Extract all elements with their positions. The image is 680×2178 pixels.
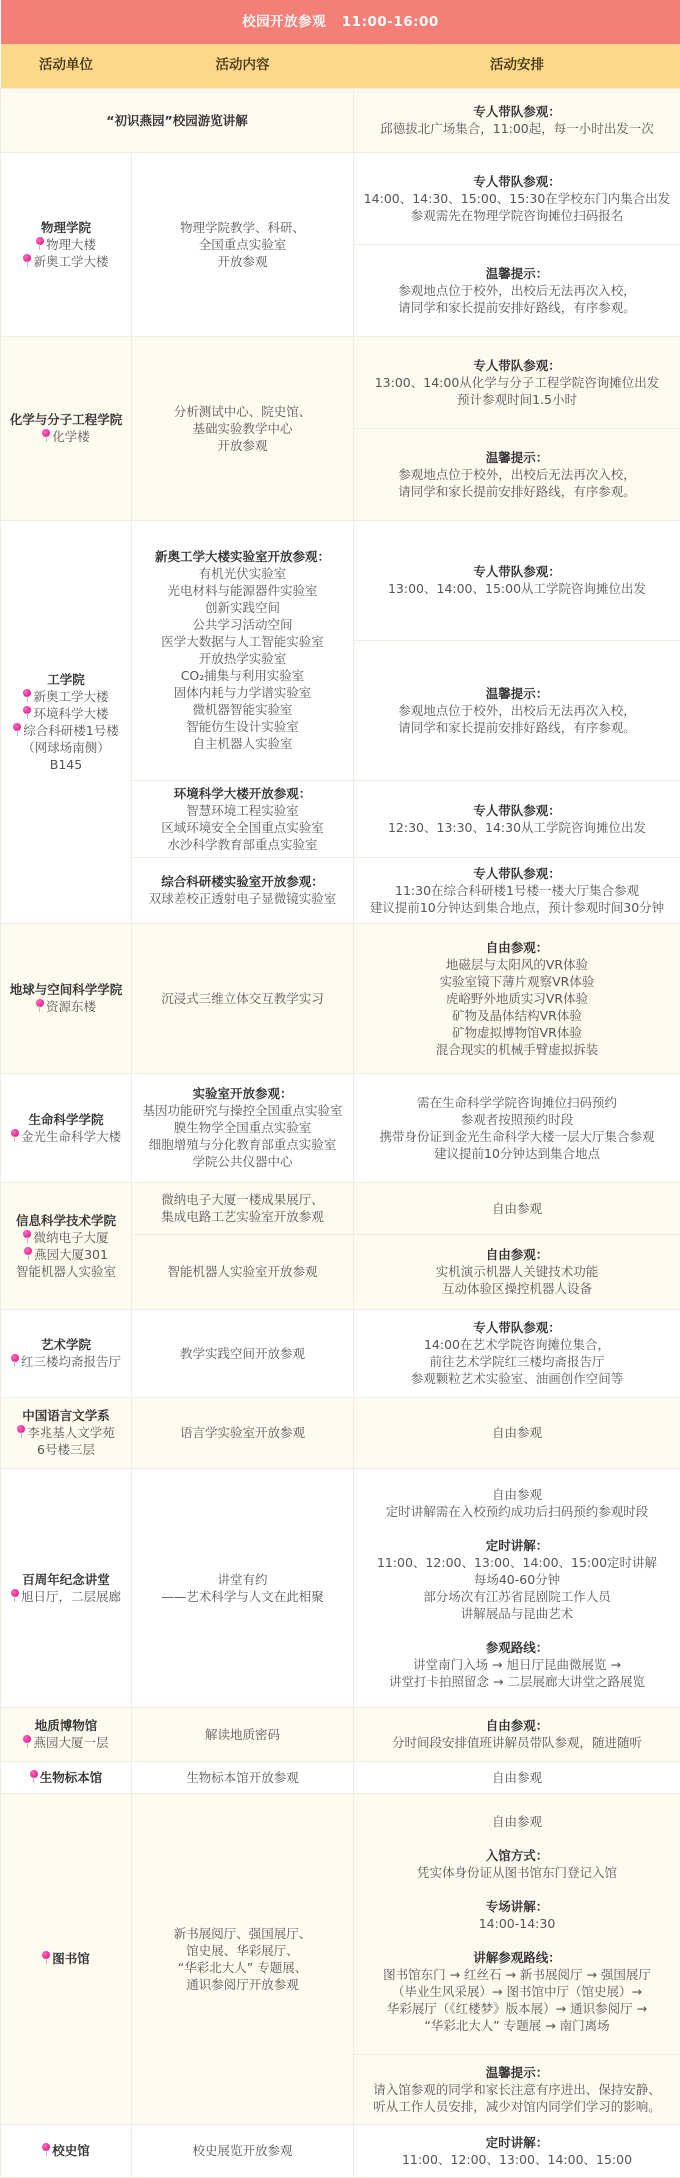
table-row-life-science: 生命科学学院 金光生命科学大楼 实验室开放参观： 基因功能研究与操控全国重点实验… — [1, 1073, 680, 1182]
location-pin-icon — [23, 1230, 31, 1243]
location-pin-icon — [23, 706, 31, 719]
tip-cell: 温馨提示： 参观地点位于校外，出校后无法再次入校， 请同学和家长提前安排好路线，… — [354, 244, 680, 336]
arrangement-line: 矿物及晶体结构VR体验 — [357, 1007, 677, 1024]
unit-cell: 地球与空间科学学院 资源东楼 — [1, 923, 132, 1073]
arrangement-line: 参观颗粒艺术实验室、油画创作空间等 — [357, 1370, 677, 1387]
arrangement-label: 专人带队参观： — [357, 802, 677, 819]
arrangement-line: 自由参观 — [357, 1486, 677, 1503]
spacer — [357, 1520, 677, 1537]
content-cell: 新书展阅厅、强国展厅、 馆史展、华彩展厅、 “华彩北大人” 专题展、 通识参阅厅… — [132, 1793, 354, 2124]
location: 物理大楼 — [4, 236, 128, 253]
table-row-history-museum: 校史馆 校史展览开放参观 定时讲解： 11:00、12:00、13:00、14:… — [1, 2124, 680, 2177]
title-label: 校园开放参观 — [242, 14, 326, 30]
tip-cell: 温馨提示： 请入馆参观的同学和家长注意有序进出、保持安静、 听从工作人员安排，减… — [354, 2054, 680, 2124]
table-row-engineering: 工学院 新奥工学大楼 环境科学大楼 综合科研楼1号楼 （网球场南侧） B145 … — [1, 520, 680, 640]
table-row-info-science: 信息科学技术学院 微纳电子大厦 燕园大厦301 智能机器人实验室 微纳电子大厦一… — [1, 1182, 680, 1234]
unit-cell: 生物标本馆 — [1, 1761, 132, 1793]
arrangement-cell: 自由参观 定时讲解需在入校预约成功后扫码预约参观时段 定时讲解： 11:00、1… — [354, 1468, 680, 1707]
content-cell: 物理学院教学、科研、 全国重点实验室 开放参观 — [132, 152, 354, 336]
arrangement-line: 14:00、14:30、15:00、15:30在学校东门内集合出发 — [357, 190, 677, 207]
arrangement-line: 参观者按照预约时段 — [357, 1111, 677, 1128]
tip-line: 请同学和家长提前安排好路线，有序参观。 — [357, 483, 677, 500]
tip-cell: 温馨提示： 参观地点位于校外，出校后无法再次入校， 请同学和家长提前安排好路线，… — [354, 428, 680, 520]
content-cell: 校史展览开放参观 — [132, 2124, 354, 2177]
location-pin-icon — [23, 254, 31, 267]
arrangement-cell: 自由参观： 分时间段安排值班讲解员带队参观，随进随听 — [354, 1707, 680, 1761]
arrangement-line: 14:00在艺术学院咨询摊位集合， — [357, 1336, 677, 1353]
table-row-library: 图书馆 新书展阅厅、强国展厅、 馆史展、华彩展厅、 “华彩北大人” 专题展、 通… — [1, 1793, 680, 2054]
table-row-earth-science: 地球与空间科学学院 资源东楼 沉浸式三维立体交互教学实习 自由参观： 地磁层与太… — [1, 923, 680, 1073]
arrangement-cell: 专人带队参观： 13:00、14:00、15:00从工学院咨询摊位出发 — [354, 520, 680, 640]
content-cell: 生物标本馆开放参观 — [132, 1761, 354, 1793]
content-line: 集成电路工艺实验室开放参观 — [135, 1208, 350, 1225]
tip-line: 参观地点位于校外，出校后无法再次入校， — [357, 702, 677, 719]
arrangement-line: 11:00、12:00、13:00、14:00、15:00 — [357, 2151, 677, 2168]
unit-name: 化学与分子工程学院 — [4, 411, 128, 428]
location-pin-icon — [42, 2143, 50, 2156]
content-cell: 教学实践空间开放参观 — [132, 1309, 354, 1397]
location-detail: 智能机器人实验室 — [4, 1263, 128, 1280]
unit-cell: 中国语言文学系 李兆基人文学苑 6号楼三层 — [1, 1397, 132, 1468]
lab-item: 开放热学实验室 — [135, 650, 350, 667]
arrangement-label: 定时讲解： — [357, 1537, 677, 1554]
arrangement-cell: 专人带队参观： 14:00在艺术学院咨询摊位集合， 前往艺术学院红三楼均斋报告厅… — [354, 1309, 680, 1397]
arrangement-line: 地磁层与太阳风的VR体验 — [357, 956, 677, 973]
arrangement-line: 携带身份证到金光生命科学大楼一层大厅集合参观 — [357, 1128, 677, 1145]
tip-label: 温馨提示： — [357, 2064, 677, 2081]
tour-content-text: “初识燕园”校园游览讲解 — [106, 113, 247, 128]
content-cell: 实验室开放参观： 基因功能研究与操控全国重点实验室 膜生物学全国重点实验室 细胞… — [132, 1073, 354, 1182]
unit-name: 中国语言文学系 — [4, 1407, 128, 1424]
unit-cell: 生命科学学院 金光生命科学大楼 — [1, 1073, 132, 1182]
content-cell: 语言学实验室开放参观 — [132, 1397, 354, 1468]
content-cell: 解读地质密码 — [132, 1707, 354, 1761]
tip-line: 请同学和家长提前安排好路线，有序参观。 — [357, 719, 677, 736]
unit-name: 生命科学学院 — [4, 1111, 128, 1128]
arrangement-line: 互动体验区操控机器人设备 — [357, 1280, 677, 1297]
tip-line: 请同学和家长提前安排好路线，有序参观。 — [357, 299, 677, 316]
content-line: ——艺术科学与人文在此相聚 — [135, 1588, 350, 1605]
arrangement-label: 定时讲解： — [357, 2134, 677, 2151]
location-text: 燕园大厦一层 — [33, 1735, 108, 1750]
content-line: 物理学院教学、科研、 — [135, 219, 350, 236]
content-line: 讲堂有约 — [135, 1571, 350, 1588]
content-line: 智能机器人实验室开放参观 — [135, 1263, 350, 1280]
campus-visit-table: 校园开放参观 11:00-16:00 活动单位 活动内容 活动安排 “初识燕园”… — [0, 0, 680, 2178]
arrangement-line: 实机演示机器人关键技术功能 — [357, 1263, 677, 1280]
content-cell: 智能机器人实验室开放参观 — [132, 1234, 354, 1309]
location-text: 微纳电子大厦 — [33, 1230, 108, 1245]
arrangement-cell: 需在生命科学学院咨询摊位扫码预约 参观者按照预约时段 携带身份证到金光生命科学大… — [354, 1073, 680, 1182]
unit-name: 地球与空间科学学院 — [4, 981, 128, 998]
table-row-chinese: 中国语言文学系 李兆基人文学苑 6号楼三层 语言学实验室开放参观 自由参观 — [1, 1397, 680, 1468]
lab-item: 智慧环境工程实验室 — [135, 802, 350, 819]
arrangement-label: 参观路线： — [357, 1639, 677, 1656]
arrangement-line: 部分场次有江苏省昆剧院工作人员 — [357, 1588, 677, 1605]
content-line: 新书展阅厅、强国展厅、 — [135, 1925, 350, 1942]
arrangement-line: 自由参观 — [357, 1769, 677, 1786]
unit-name-text: 校史馆 — [52, 2143, 90, 2158]
arrangement-cell: 自由参观 — [354, 1761, 680, 1793]
location-text: 红三楼均斋报告厅 — [21, 1354, 121, 1369]
arrangement-cell: 自由参观 — [354, 1182, 680, 1234]
location-text: 化学楼 — [52, 429, 90, 444]
arrangement-line: 前往艺术学院红三楼均斋报告厅 — [357, 1353, 677, 1370]
lab-item: 微机器智能实验室 — [135, 701, 350, 718]
unit-cell: 物理学院 物理大楼 新奥工学大楼 — [1, 152, 132, 336]
arrangement-line: 参观需先在物理学院咨询摊位扫码报名 — [357, 207, 677, 224]
lab-item: 双球差校正透射电子显微镜实验室 — [135, 890, 350, 907]
unit-name: 信息科学技术学院 — [4, 1212, 128, 1229]
spacer — [357, 1881, 677, 1898]
content-line: 解读地质密码 — [135, 1726, 350, 1743]
content-cell: 新奥工学大楼实验室开放参观： 有机光伏实验室 光电材料与能源器件实验室 创新实践… — [132, 520, 354, 780]
lab-item: 有机光伏实验室 — [135, 565, 350, 582]
arrangement-cell: 自由参观： 实机演示机器人关键技术功能 互动体验区操控机器人设备 — [354, 1234, 680, 1309]
content-label: 实验室开放参观： — [135, 1085, 350, 1102]
arrangement-line: 自由参观 — [357, 1813, 677, 1830]
unit-cell: 艺术学院 红三楼均斋报告厅 — [1, 1309, 132, 1397]
arrangement-label: 自由参观： — [357, 939, 677, 956]
location-text: 环境科学大楼 — [33, 706, 108, 721]
unit-name: 图书馆 — [4, 1950, 128, 1967]
location: 环境科学大楼 — [4, 705, 128, 722]
lab-item: 学院公共仪器中心 — [135, 1153, 350, 1170]
location-text: 金光生命科学大楼 — [21, 1129, 121, 1144]
location-text: 物理大楼 — [46, 237, 96, 252]
route-line: 华彩展厅（《红楼梦》版本展）→ 通识参阅厅 → — [357, 2000, 677, 2017]
table-row-physics: 物理学院 物理大楼 新奥工学大楼 物理学院教学、科研、 全国重点实验室 开放参观… — [1, 152, 680, 244]
arrangement-line: 13:00、14:00从化学与分子工程学院咨询摊位出发 — [357, 374, 677, 391]
content-line: 校史展览开放参观 — [135, 2142, 350, 2159]
unit-cell: 图书馆 — [1, 1793, 132, 2124]
content-line: 开放参观 — [135, 437, 350, 454]
arrangement-label: 专人带队参观： — [357, 173, 677, 190]
unit-name: 地质博物馆 — [4, 1717, 128, 1734]
arrangement-line: 预计参观时间1.5小时 — [357, 391, 677, 408]
tip-label: 温馨提示： — [357, 265, 677, 282]
tip-line: 参观地点位于校外，出校后无法再次入校， — [357, 466, 677, 483]
content-cell: 讲堂有约 ——艺术科学与人文在此相聚 — [132, 1468, 354, 1707]
table-row-centennial-hall: 百周年纪念讲堂 旭日厅，二层展廊 讲堂有约 ——艺术科学与人文在此相聚 自由参观… — [1, 1468, 680, 1707]
arrangement-line: 11:30在综合科研楼1号楼一楼大厅集合参观 — [357, 882, 677, 899]
unit-name-text: 生物标本馆 — [40, 1770, 103, 1785]
arrangement-cell: 专人带队参观： 13:00、14:00从化学与分子工程学院咨询摊位出发 预计参观… — [354, 336, 680, 428]
table-row-geology-museum: 地质博物馆 燕园大厦一层 解读地质密码 自由参观： 分时间段安排值班讲解员带队参… — [1, 1707, 680, 1761]
tip-line: 参观地点位于校外，出校后无法再次入校， — [357, 282, 677, 299]
lab-item: 光电材料与能源器件实验室 — [135, 582, 350, 599]
route-line: 图书馆东门 → 红丝石 → 新书展阅厅 → 强国展厅 — [357, 1966, 677, 1983]
unit-cell: 校史馆 — [1, 2124, 132, 2177]
arrangement-line: 虎峪野外地质实习VR体验 — [357, 990, 677, 1007]
location-text: 旭日厅，二层展廊 — [21, 1589, 121, 1604]
arrangement-line: 实验室镜下薄片观察VR体验 — [357, 973, 677, 990]
content-line: 教学实践空间开放参观 — [135, 1345, 350, 1362]
unit-name: 百周年纪念讲堂 — [4, 1571, 128, 1588]
content-line: 分析测试中心、院史馆、 — [135, 403, 350, 420]
location-text: 燕园大厦301 — [34, 1247, 108, 1262]
location: 化学楼 — [4, 428, 128, 445]
lab-item: 基因功能研究与操控全国重点实验室 — [135, 1102, 350, 1119]
arrangement-label: 专人带队参观： — [357, 357, 677, 374]
arrangement-line: 建议提前10分钟达到集合地点，预计参观时间30分钟 — [357, 899, 677, 916]
arrangement-line: 自由参观 — [357, 1200, 677, 1217]
header-content: 活动内容 — [132, 44, 354, 88]
content-line: 开放参观 — [135, 253, 350, 270]
content-line: 生物标本馆开放参观 — [135, 1769, 350, 1786]
content-cell: 沉浸式三维立体交互教学实习 — [132, 923, 354, 1073]
unit-name: 校史馆 — [4, 2142, 128, 2159]
content-line: 通识参阅厅开放参观 — [135, 1976, 350, 1993]
location-pin-icon — [11, 1354, 19, 1367]
tip-cell: 温馨提示： 参观地点位于校外，出校后无法再次入校， 请同学和家长提前安排好路线，… — [354, 640, 680, 780]
unit-cell: 化学与分子工程学院 化学楼 — [1, 336, 132, 520]
location-text: 综合科研楼1号楼 — [23, 723, 118, 738]
arrangement-label: 入馆方式： — [357, 1847, 677, 1864]
content-line: 基础实验教学中心 — [135, 420, 350, 437]
arrangement-line: 讲解展品与昆曲艺术 — [357, 1605, 677, 1622]
location: 燕园大厦301 — [4, 1246, 128, 1263]
lab-item: 膜生物学全国重点实验室 — [135, 1119, 350, 1136]
location-pin-icon — [42, 429, 50, 442]
tip-line: 听从工作人员安排，减少对馆内同学们学习的影响。 — [357, 2098, 677, 2115]
location-pin-icon — [11, 1589, 19, 1602]
arrangement-line: 每场40-60分钟 — [357, 1571, 677, 1588]
location-pin-icon — [30, 1770, 38, 1783]
lab-item: 自主机器人实验室 — [135, 735, 350, 752]
arrangement-label: 专人带队参观： — [357, 865, 677, 882]
arrangement-cell: 专人带队参观： 11:30在综合科研楼1号楼一楼大厅集合参观 建议提前10分钟达… — [354, 857, 680, 923]
location: 红三楼均斋报告厅 — [4, 1353, 128, 1370]
table-row-chemistry: 化学与分子工程学院 化学楼 分析测试中心、院史馆、 基础实验教学中心 开放参观 … — [1, 336, 680, 428]
unit-cell: 信息科学技术学院 微纳电子大厦 燕园大厦301 智能机器人实验室 — [1, 1182, 132, 1309]
location: 综合科研楼1号楼 — [4, 722, 128, 739]
arrangement-line: 凭实体身份证从图书馆东门登记入馆 — [357, 1864, 677, 1881]
location-pin-icon — [36, 999, 44, 1012]
unit-name: 艺术学院 — [4, 1336, 128, 1353]
arrangement-line: 需在生命科学学院咨询摊位扫码预约 — [357, 1094, 677, 1111]
arrangement-line: 14:00-14:30 — [357, 1915, 677, 1932]
location-pin-icon — [36, 237, 44, 250]
tour-arrangement: 专人带队参观： 邱德拔北广场集合，11:00起，每一小时出发一次 — [354, 88, 680, 152]
arrangement-line: 12:30、13:30、14:30从工学院咨询摊位出发 — [357, 819, 677, 836]
arrangement-line: 混合现实的机械手臂虚拟拆装 — [357, 1041, 677, 1058]
lab-item: 创新实践空间 — [135, 599, 350, 616]
title-time: 11:00-16:00 — [342, 14, 439, 30]
lab-item: 区域环境安全全国重点实验室 — [135, 819, 350, 836]
arrangement-cell: 自由参观 — [354, 1397, 680, 1468]
arrangement-label: 专人带队参观： — [357, 563, 677, 580]
location: 旭日厅，二层展廊 — [4, 1588, 128, 1605]
tip-label: 温馨提示： — [357, 685, 677, 702]
content-line: 微纳电子大厦一楼成果展厅、 — [135, 1191, 350, 1208]
arrangement-label: 专场讲解： — [357, 1898, 677, 1915]
table-row-bio-specimen: 生物标本馆 生物标本馆开放参观 自由参观 — [1, 1761, 680, 1793]
arrangement-line: 讲堂南门入场 → 旭日厅昆曲微展览 → — [357, 1656, 677, 1673]
arrangement-line: 自由参观 — [357, 1424, 677, 1441]
unit-name: 物理学院 — [4, 219, 128, 236]
location-pin-icon — [42, 1951, 50, 1964]
unit-cell: 百周年纪念讲堂 旭日厅，二层展廊 — [1, 1468, 132, 1707]
arrangement-label: 自由参观： — [357, 1246, 677, 1263]
arrangement-cell: 专人带队参观： 12:30、13:30、14:30从工学院咨询摊位出发 — [354, 780, 680, 857]
header-unit: 活动单位 — [1, 44, 132, 88]
location-text: 新奥工学大楼 — [33, 689, 108, 704]
location-pin-icon — [13, 723, 21, 736]
content-cell: 分析测试中心、院史馆、 基础实验教学中心 开放参观 — [132, 336, 354, 520]
location: 金光生命科学大楼 — [4, 1128, 128, 1145]
arrangement-cell: 专人带队参观： 14:00、14:30、15:00、15:30在学校东门内集合出… — [354, 152, 680, 244]
location: 微纳电子大厦 — [4, 1229, 128, 1246]
content-cell: 综合科研楼实验室开放参观： 双球差校正透射电子显微镜实验室 — [132, 857, 354, 923]
lab-item: 细胞增殖与分化教育部重点实验室 — [135, 1136, 350, 1153]
header-arrangement: 活动安排 — [354, 44, 680, 88]
unit-cell: 地质博物馆 燕园大厦一层 — [1, 1707, 132, 1761]
location-text: 资源东楼 — [46, 999, 96, 1014]
location: 资源东楼 — [4, 998, 128, 1015]
location-pin-icon — [23, 689, 31, 702]
location-pin-icon — [24, 1247, 32, 1260]
lab-item: 水沙科学教育部重点实验室 — [135, 836, 350, 853]
tip-line: 请入馆参观的同学和家长注意有序进出、保持安静、 — [357, 2081, 677, 2098]
location: 燕园大厦一层 — [4, 1734, 128, 1751]
content-line: 语言学实验室开放参观 — [135, 1424, 350, 1441]
content-line: “华彩北大人” 专题展、 — [135, 1959, 350, 1976]
tip-label: 温馨提示： — [357, 449, 677, 466]
lab-item: 医学大数据与人工智能实验室 — [135, 633, 350, 650]
table-row-art: 艺术学院 红三楼均斋报告厅 教学实践空间开放参观 专人带队参观： 14:00在艺… — [1, 1309, 680, 1397]
route-line: “华彩北大人” 专题展 → 南门离场 — [357, 2017, 677, 2034]
location-text: 李兆基人文学苑 — [27, 1425, 115, 1440]
spacer — [357, 1932, 677, 1949]
arrangement-line: 建议提前10分钟达到集合地点 — [357, 1145, 677, 1162]
unit-cell: 工学院 新奥工学大楼 环境科学大楼 综合科研楼1号楼 （网球场南侧） B145 — [1, 520, 132, 923]
location-detail: B145 — [4, 756, 128, 773]
arrangement-label: 自由参观： — [357, 1717, 677, 1734]
unit-name: 工学院 — [4, 671, 128, 688]
spacer — [357, 1622, 677, 1639]
content-line: 全国重点实验室 — [135, 236, 350, 253]
arrangement-label: 讲解参观路线： — [357, 1949, 677, 1966]
lab-item: 固体内耗与力学谱实验室 — [135, 684, 350, 701]
arrangement-line: 分时间段安排值班讲解员带队参观，随进随听 — [357, 1734, 677, 1751]
arrangement-cell: 自由参观： 地磁层与太阳风的VR体验 实验室镜下薄片观察VR体验 虎峪野外地质实… — [354, 923, 680, 1073]
lab-item: 智能仿生设计实验室 — [135, 718, 350, 735]
route-line: （毕业生风采展）→ 图书馆中厅（馆史展）→ — [357, 1983, 677, 2000]
table-row-campus-tour: “初识燕园”校园游览讲解 专人带队参观： 邱德拔北广场集合，11:00起，每一小… — [1, 88, 680, 152]
lab-item: CO₂捕集与利用实验室 — [135, 667, 350, 684]
content-line: 馆史展、华彩展厅、 — [135, 1942, 350, 1959]
location: 新奥工学大楼 — [4, 688, 128, 705]
unit-name: 生物标本馆 — [4, 1769, 128, 1786]
arrangement-line: 13:00、14:00、15:00从工学院咨询摊位出发 — [357, 580, 677, 597]
lab-item: 公共学习活动空间 — [135, 616, 350, 633]
location-pin-icon — [23, 1735, 31, 1748]
content-cell: 环境科学大楼开放参观： 智慧环境工程实验室 区域环境安全全国重点实验室 水沙科学… — [132, 780, 354, 857]
arrangement-line: 定时讲解需在入校预约成功后扫码预约参观时段 — [357, 1503, 677, 1520]
content-label: 新奥工学大楼实验室开放参观： — [135, 548, 350, 565]
location: 李兆基人文学苑 — [4, 1424, 128, 1441]
arrangement-line: 矿物虚拟博物馆VR体验 — [357, 1024, 677, 1041]
table-title: 校园开放参观 11:00-16:00 — [1, 0, 680, 44]
spacer — [357, 1830, 677, 1847]
tour-content: “初识燕园”校园游览讲解 — [1, 88, 354, 152]
arrangement-label: 专人带队参观： — [357, 1319, 677, 1336]
location-detail: 6号楼三层 — [4, 1441, 128, 1458]
arrangement-text: 邱德拔北广场集合，11:00起，每一小时出发一次 — [357, 120, 677, 137]
location-detail: （网球场南侧） — [4, 739, 128, 756]
content-label: 环境科学大楼开放参观： — [135, 785, 350, 802]
location-pin-icon — [11, 1129, 19, 1142]
arrangement-line: 11:00、12:00、13:00、14:00、15:00定时讲解 — [357, 1554, 677, 1571]
location: 新奥工学大楼 — [4, 253, 128, 270]
location-text: 新奥工学大楼 — [33, 254, 108, 269]
location-pin-icon — [17, 1425, 25, 1438]
arrangement-cell: 自由参观 入馆方式： 凭实体身份证从图书馆东门登记入馆 专场讲解： 14:00-… — [354, 1793, 680, 2054]
content-label: 综合科研楼实验室开放参观： — [135, 873, 350, 890]
arrangement-line: 讲堂打卡拍照留念 → 二层展廊大讲堂之路展览 — [357, 1673, 677, 1690]
unit-name-text: 图书馆 — [52, 1951, 90, 1966]
arrangement-label: 专人带队参观： — [357, 103, 677, 120]
arrangement-cell: 定时讲解： 11:00、12:00、13:00、14:00、15:00 — [354, 2124, 680, 2177]
content-line: 沉浸式三维立体交互教学实习 — [135, 990, 350, 1007]
content-cell: 微纳电子大厦一楼成果展厅、 集成电路工艺实验室开放参观 — [132, 1182, 354, 1234]
